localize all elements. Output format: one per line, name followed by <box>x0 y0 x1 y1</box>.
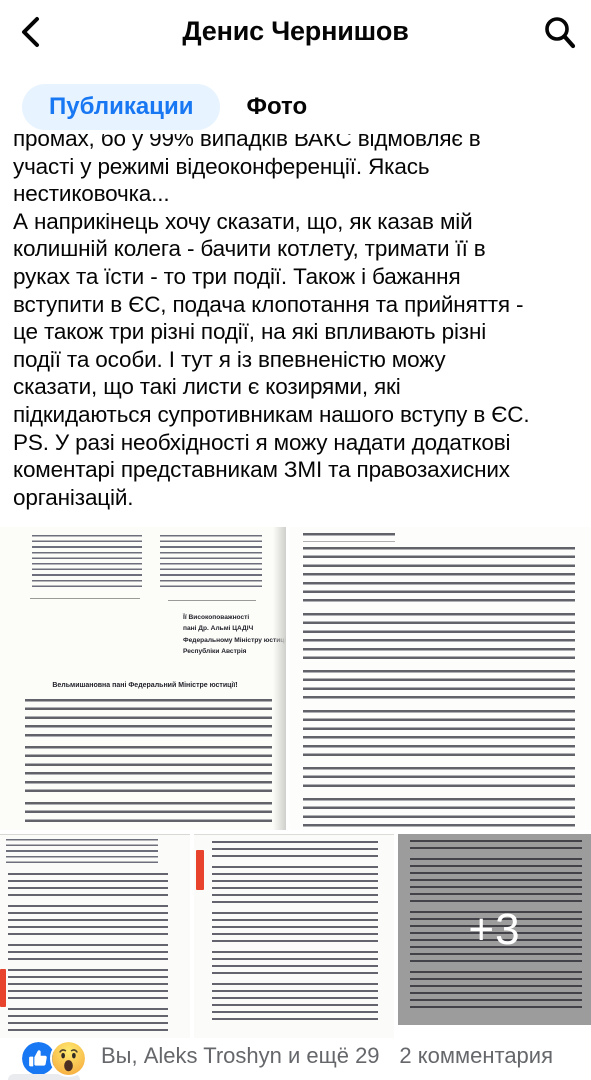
document-paragraph <box>303 767 575 793</box>
post-line: сказати, що такі листи є козирями, які <box>13 373 579 401</box>
search-button[interactable] <box>541 13 577 51</box>
document-paragraph <box>8 1008 168 1036</box>
reaction-summary-text[interactable]: Вы, Aleks Troshyn и ещё 29 <box>101 1043 380 1069</box>
more-photos-count: +3 <box>468 905 520 955</box>
post-line: промах, бо у 99% випадків ВАКС відмовляє… <box>13 134 579 153</box>
document-paragraph <box>212 866 378 908</box>
navigation-bar: Денис Чернишов <box>0 0 591 64</box>
document-paragraph <box>303 670 575 705</box>
footnote-block <box>6 839 158 866</box>
document-paragraph <box>303 798 575 828</box>
more-photos-overlay: +3 <box>398 834 591 1025</box>
photo-collage: Її Високоповажності пані Др. Альмі ЦАДІЧ… <box>0 527 591 1037</box>
document-paragraph <box>303 710 575 762</box>
page-edge-shadow <box>273 527 286 830</box>
document-paragraph <box>212 951 378 979</box>
document-addressee: Її Високоповажності пані Др. Альмі ЦАДІЧ… <box>183 612 286 658</box>
facebook-profile-screen: Денис Чернишов Публикации Фото промах, б… <box>0 0 591 1080</box>
post-line: організацій. <box>13 484 579 512</box>
red-highlight-mark <box>196 850 204 890</box>
document-paragraph <box>8 969 168 1004</box>
post-line: нестиковочка... <box>13 180 579 208</box>
post-line: участі у режимі відеоконференції. Якась <box>13 153 579 181</box>
post-line: руках та їсти - то три події. Також і ба… <box>13 263 579 291</box>
document-salutation: Вельмишановна пані Федеральний Міністре … <box>20 682 270 689</box>
letterhead-right-block <box>160 535 262 587</box>
document-paragraph <box>303 547 575 608</box>
post-line: вступити в ЄС, подача клопотання та прий… <box>13 291 579 319</box>
document-paragraph <box>8 944 168 965</box>
comments-count-link[interactable]: 2 комментария <box>399 1043 553 1069</box>
post-text-lines: промах, бо у 99% випадків ВАКС відмовляє… <box>13 134 579 511</box>
document-paragraph <box>25 802 272 828</box>
post-line: А наприкінець хочу сказати, що, як казав… <box>13 208 579 236</box>
document-photo-more[interactable]: +3 <box>398 834 591 1037</box>
post-line: колишній колега - бачити котлету, тримат… <box>13 235 579 263</box>
document-paragraph <box>303 533 395 542</box>
document-paragraph <box>25 699 272 740</box>
document-photo-3[interactable] <box>0 834 190 1038</box>
post-line: це також три різні події, на які впливаю… <box>13 318 579 346</box>
page-title: Денис Чернишов <box>0 16 591 47</box>
document-photo-2[interactable] <box>290 527 591 830</box>
reaction-summary-bar: Вы, Aleks Troshyn и ещё 29 2 комментария <box>0 1038 591 1078</box>
tab-photos[interactable]: Фото <box>246 93 307 121</box>
document-photo-4[interactable] <box>194 834 394 1038</box>
red-highlight-mark <box>0 969 6 1007</box>
reaction-icons[interactable] <box>20 1040 87 1077</box>
profile-tabs: Публикации Фото <box>22 84 307 130</box>
document-paragraph <box>212 912 378 947</box>
reference-number-line-left <box>30 598 140 599</box>
search-icon <box>541 13 577 51</box>
tab-publications[interactable]: Публикации <box>22 84 220 130</box>
post-line: події та особи. І тут я із впевненістю м… <box>13 346 579 374</box>
document-paragraph <box>212 983 378 1025</box>
wow-face-icon <box>50 1040 87 1077</box>
reference-number-line-right <box>168 600 256 601</box>
letterhead-left-block <box>32 535 142 587</box>
document-paragraph <box>303 613 575 665</box>
document-paragraph <box>8 873 168 901</box>
post-line: підкидаються супротивникам нашого вступу… <box>13 401 579 429</box>
post-line: PS. У разі необхідності я можу надати до… <box>13 429 579 457</box>
document-photo-1[interactable]: Її Високоповажності пані Др. Альмі ЦАДІЧ… <box>0 527 286 830</box>
document-paragraph <box>25 746 272 796</box>
post-text: промах, бо у 99% випадків ВАКС відмовляє… <box>13 134 579 526</box>
document-paragraph <box>212 841 378 862</box>
document-paragraph <box>8 905 168 940</box>
post-line: коментарі представникам ЗМІ та правозахи… <box>13 456 579 484</box>
